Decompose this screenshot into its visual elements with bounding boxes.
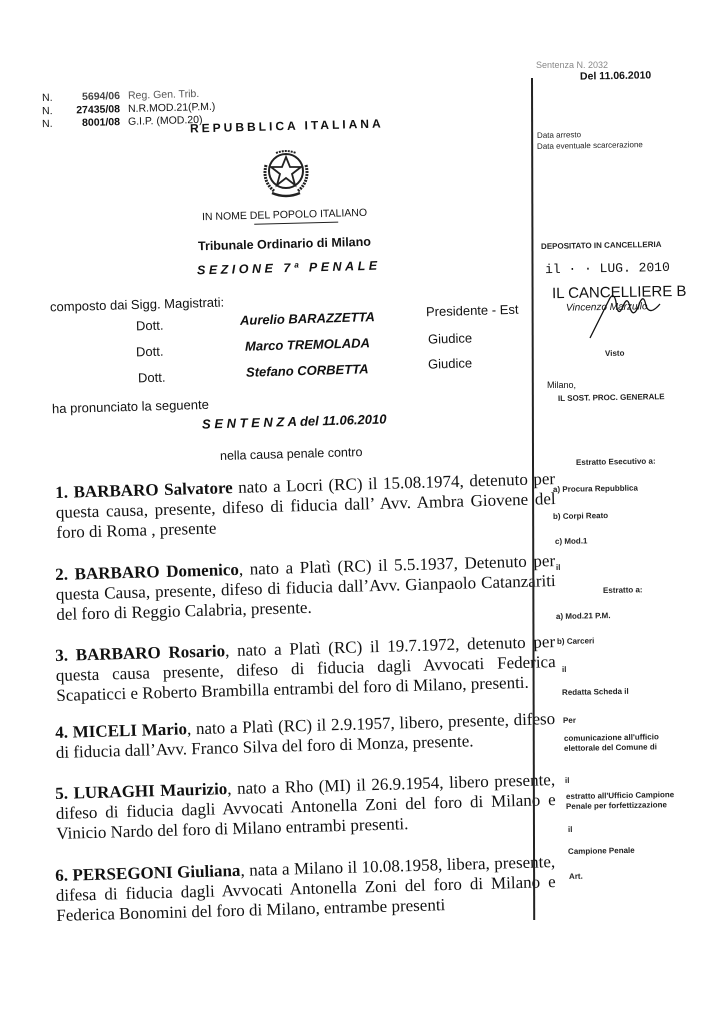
signature-icon xyxy=(580,290,670,340)
sost-proc-label: IL SOST. PROC. GENERALE xyxy=(558,392,665,403)
in-nome-heading: IN NOME DEL POPOLO ITALIANO xyxy=(202,207,367,223)
section-heading: SEZIONE 7ª PENALE xyxy=(197,259,381,278)
estratto-campione-line: Penale per forfettizzazione xyxy=(566,800,667,811)
judge-title: Dott. xyxy=(136,318,164,334)
estratto-campione-line: estratto all'Ufficio Campione xyxy=(566,790,674,801)
defendant-entry: 5. LURAGHI Maurizio, nato a Rho (MI) il … xyxy=(55,770,556,844)
defendant-entry: 2. BARBARO Domenico, nato a Platì (RC) i… xyxy=(55,551,556,625)
deposit-date-stamp: il · · LUG. 2010 xyxy=(545,260,670,277)
redatta-label: Redatta Scheda il xyxy=(562,687,629,697)
ee-item: a) Procura Repubblica xyxy=(553,484,638,494)
judge-title: Dott. xyxy=(136,344,164,360)
defendant-name: MICELI Mario xyxy=(72,719,187,741)
visto-label: Visto xyxy=(605,349,625,358)
estratto-esecutivo-heading: Estratto Esecutivo a: xyxy=(576,457,656,467)
causa-label: nella causa penale contro xyxy=(220,445,363,463)
per-label: Per xyxy=(563,716,576,725)
defendant-entry: 3. BARBARO Rosario, nato a Platì (RC) il… xyxy=(55,632,556,706)
ee-item: c) Mod.1 xyxy=(555,536,588,546)
data-arresto-label: Data arresto xyxy=(537,130,581,140)
republic-heading: REPUBBLICA ITALIANA xyxy=(190,116,384,135)
milano-label: Milano, xyxy=(547,380,576,390)
registry-number: 8001/08 xyxy=(64,116,120,129)
estratto-heading: Estratto a: xyxy=(603,585,643,595)
defendant-number: 5. xyxy=(55,784,68,803)
tribunal-name: Tribunale Ordinario di Milano xyxy=(198,235,371,254)
judge-name: Marco TREMOLADA xyxy=(245,335,370,353)
defendant-number: 6. xyxy=(55,866,68,885)
defendant-number: 1. xyxy=(55,483,68,502)
e-item: b) Carceri xyxy=(557,636,595,646)
il-label: il xyxy=(565,776,570,785)
italian-emblem-icon xyxy=(258,147,314,199)
campione-label: Campione Penale xyxy=(568,846,635,856)
defendant-number: 2. xyxy=(55,565,68,584)
judge-title: Dott. xyxy=(138,370,166,386)
defendant-entry: 1. BARBARO Salvatore nato a Locri (RC) i… xyxy=(55,469,556,543)
judge-role: Giudice xyxy=(428,330,472,346)
defendant-entry: 4. MICELI Mario, nato a Platì (RC) il 2.… xyxy=(55,709,556,763)
depositato-label: DEPOSITATO IN CANCELLERIA xyxy=(541,240,662,251)
judge-name: Stefano CORBETTA xyxy=(246,361,369,379)
defendant-entry: 6. PERSEGONI Giuliana, nata a Milano il … xyxy=(55,852,556,926)
defendant-number: 4. xyxy=(55,723,68,742)
comunicazione-line: elettorale del Comune di xyxy=(564,742,657,753)
ee-item: b) Corpi Reato xyxy=(553,511,608,521)
data-scarcerazione-label: Data eventuale scarcerazione xyxy=(537,140,643,151)
registry-prefix: N. xyxy=(42,118,64,131)
composto-label: composto dai Sigg. Magistrati: xyxy=(50,295,224,315)
sentenza-date: Del 11.06.2010 xyxy=(580,69,651,82)
pronunciato-label: ha pronunciato la seguente xyxy=(52,397,209,416)
comunicazione-line: comunicazione all'ufficio xyxy=(564,732,659,743)
judge-role: Giudice xyxy=(428,355,472,371)
e-item: a) Mod.21 P.M. xyxy=(556,611,611,621)
defendant-number: 3. xyxy=(55,646,68,665)
in-nome-text: IN NOME DEL POPOLO ITALIANO xyxy=(202,207,367,223)
divider xyxy=(254,222,338,225)
judge-name: Aurelio BARAZZETTA xyxy=(240,309,375,328)
sentenza-heading: S E N T E N Z A del 11.06.2010 xyxy=(202,411,387,431)
judge-role: Presidente - Est xyxy=(426,302,519,320)
ee-item: il xyxy=(556,563,561,572)
e-item: il xyxy=(562,665,567,674)
il-label: il xyxy=(568,825,573,834)
sentenza-number: Sentenza N. 2032 xyxy=(536,60,608,70)
art-label: Art. xyxy=(569,872,583,881)
